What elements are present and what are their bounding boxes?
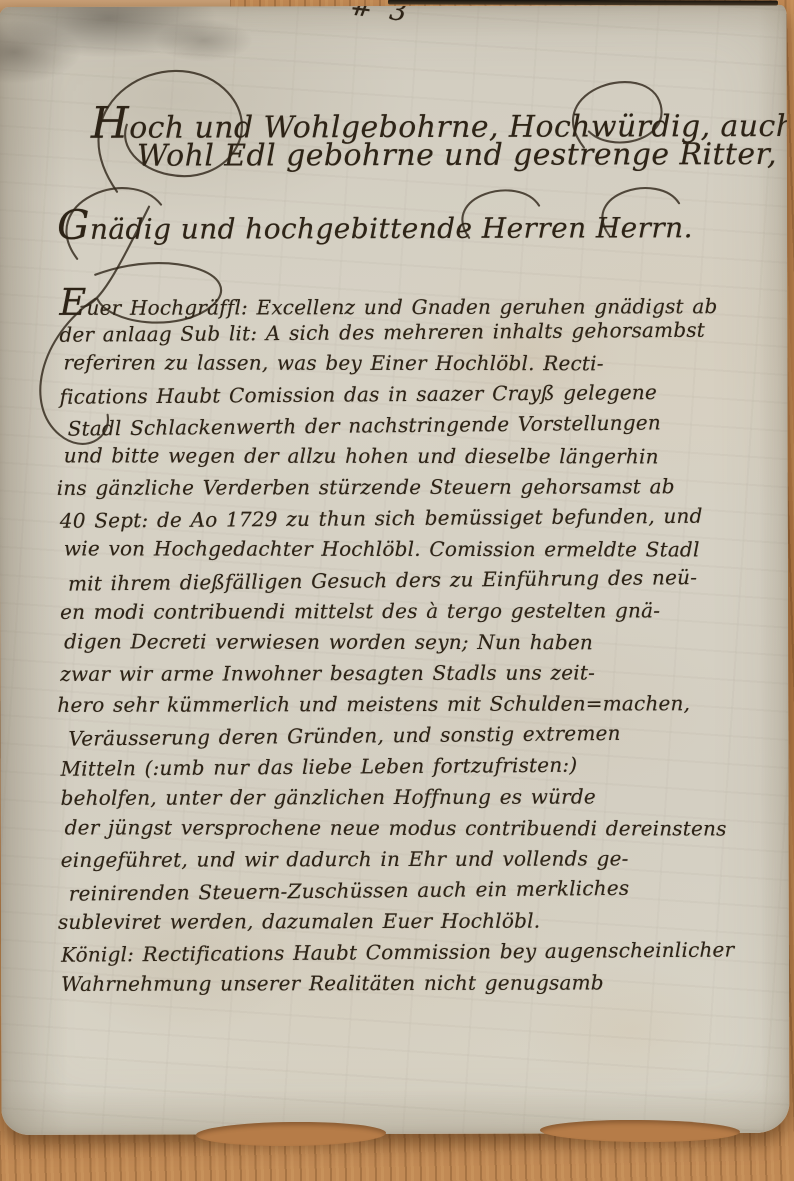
manuscript-line: und bitte wegen der allzu hohen und dies…	[64, 440, 780, 472]
manuscript-page: # 3 Hoch und Wohlgebohrne, Hochwürdig, a…	[0, 5, 789, 1135]
manuscript-line: ins gänzliche Verderben stürzende Steuer…	[57, 471, 773, 504]
manuscript-line: der jüngst versprochene neue modus contr…	[65, 812, 781, 844]
manuscript-line: en modi contribuendi mittelst des à terg…	[60, 595, 776, 628]
manuscript-line: zwar wir arme Inwohner besagten Stadls u…	[60, 657, 776, 690]
manuscript-line: der anlaag Sub lit: A sich des mehreren …	[59, 314, 775, 351]
manuscript-line: eingeführet, und wir dadurch in Ehr und …	[61, 843, 777, 876]
manuscript-line: hero sehr kümmerlich und meistens mit Sc…	[57, 688, 773, 721]
manuscript-line: Königl: Rectifications Haubt Commission …	[61, 934, 777, 971]
manuscript-line: subleviret werden, dazumalen Euer Hochlö…	[58, 905, 774, 938]
manuscript-line: beholfen, unter der gänzlichen Hoffnung …	[61, 781, 777, 814]
manuscript-line: referiren zu lassen, was bey Einer Hochl…	[63, 347, 779, 379]
salutation-line: Gnädig und hochgebittende Herren Herrn.	[57, 199, 693, 249]
manuscript-line: Euer Hochgräffl: Excellenz und Gnaden ge…	[59, 285, 775, 318]
manuscript-line: 40 Sept: de Ao 1729 zu thun sich bemüssi…	[60, 500, 776, 537]
manuscript-line: Wahrnehmung unserer Realitäten nicht gen…	[61, 967, 777, 1000]
page-top-shadow-line	[388, 0, 778, 6]
table-surface: # 3 Hoch und Wohlgebohrne, Hochwürdig, a…	[0, 0, 794, 1181]
manuscript-line: Mitteln (:umb nur das liebe Leben fortzu…	[60, 748, 776, 785]
manuscript-line: mit ihrem dießfälligen Gesuch ders zu Ei…	[68, 561, 784, 599]
heading-line-2: Wohl Edl gebohrne und gestrenge Ritter,	[137, 137, 777, 174]
manuscript-line: digen Decreti verwiesen worden seyn; Nun…	[64, 626, 780, 658]
folio-number: # 3	[349, 5, 413, 29]
manuscript-line: reinirenden Steuern-Zuschüssen auch ein …	[69, 871, 785, 909]
manuscript-body: Euer Hochgräffl: Excellenz und Gnaden ge…	[59, 285, 777, 1000]
manuscript-line: wie von Hochgedachter Hochlöbl. Comissio…	[64, 533, 780, 565]
manuscript-line: Stadl Schlackenwerth der nachstringende …	[67, 406, 783, 444]
